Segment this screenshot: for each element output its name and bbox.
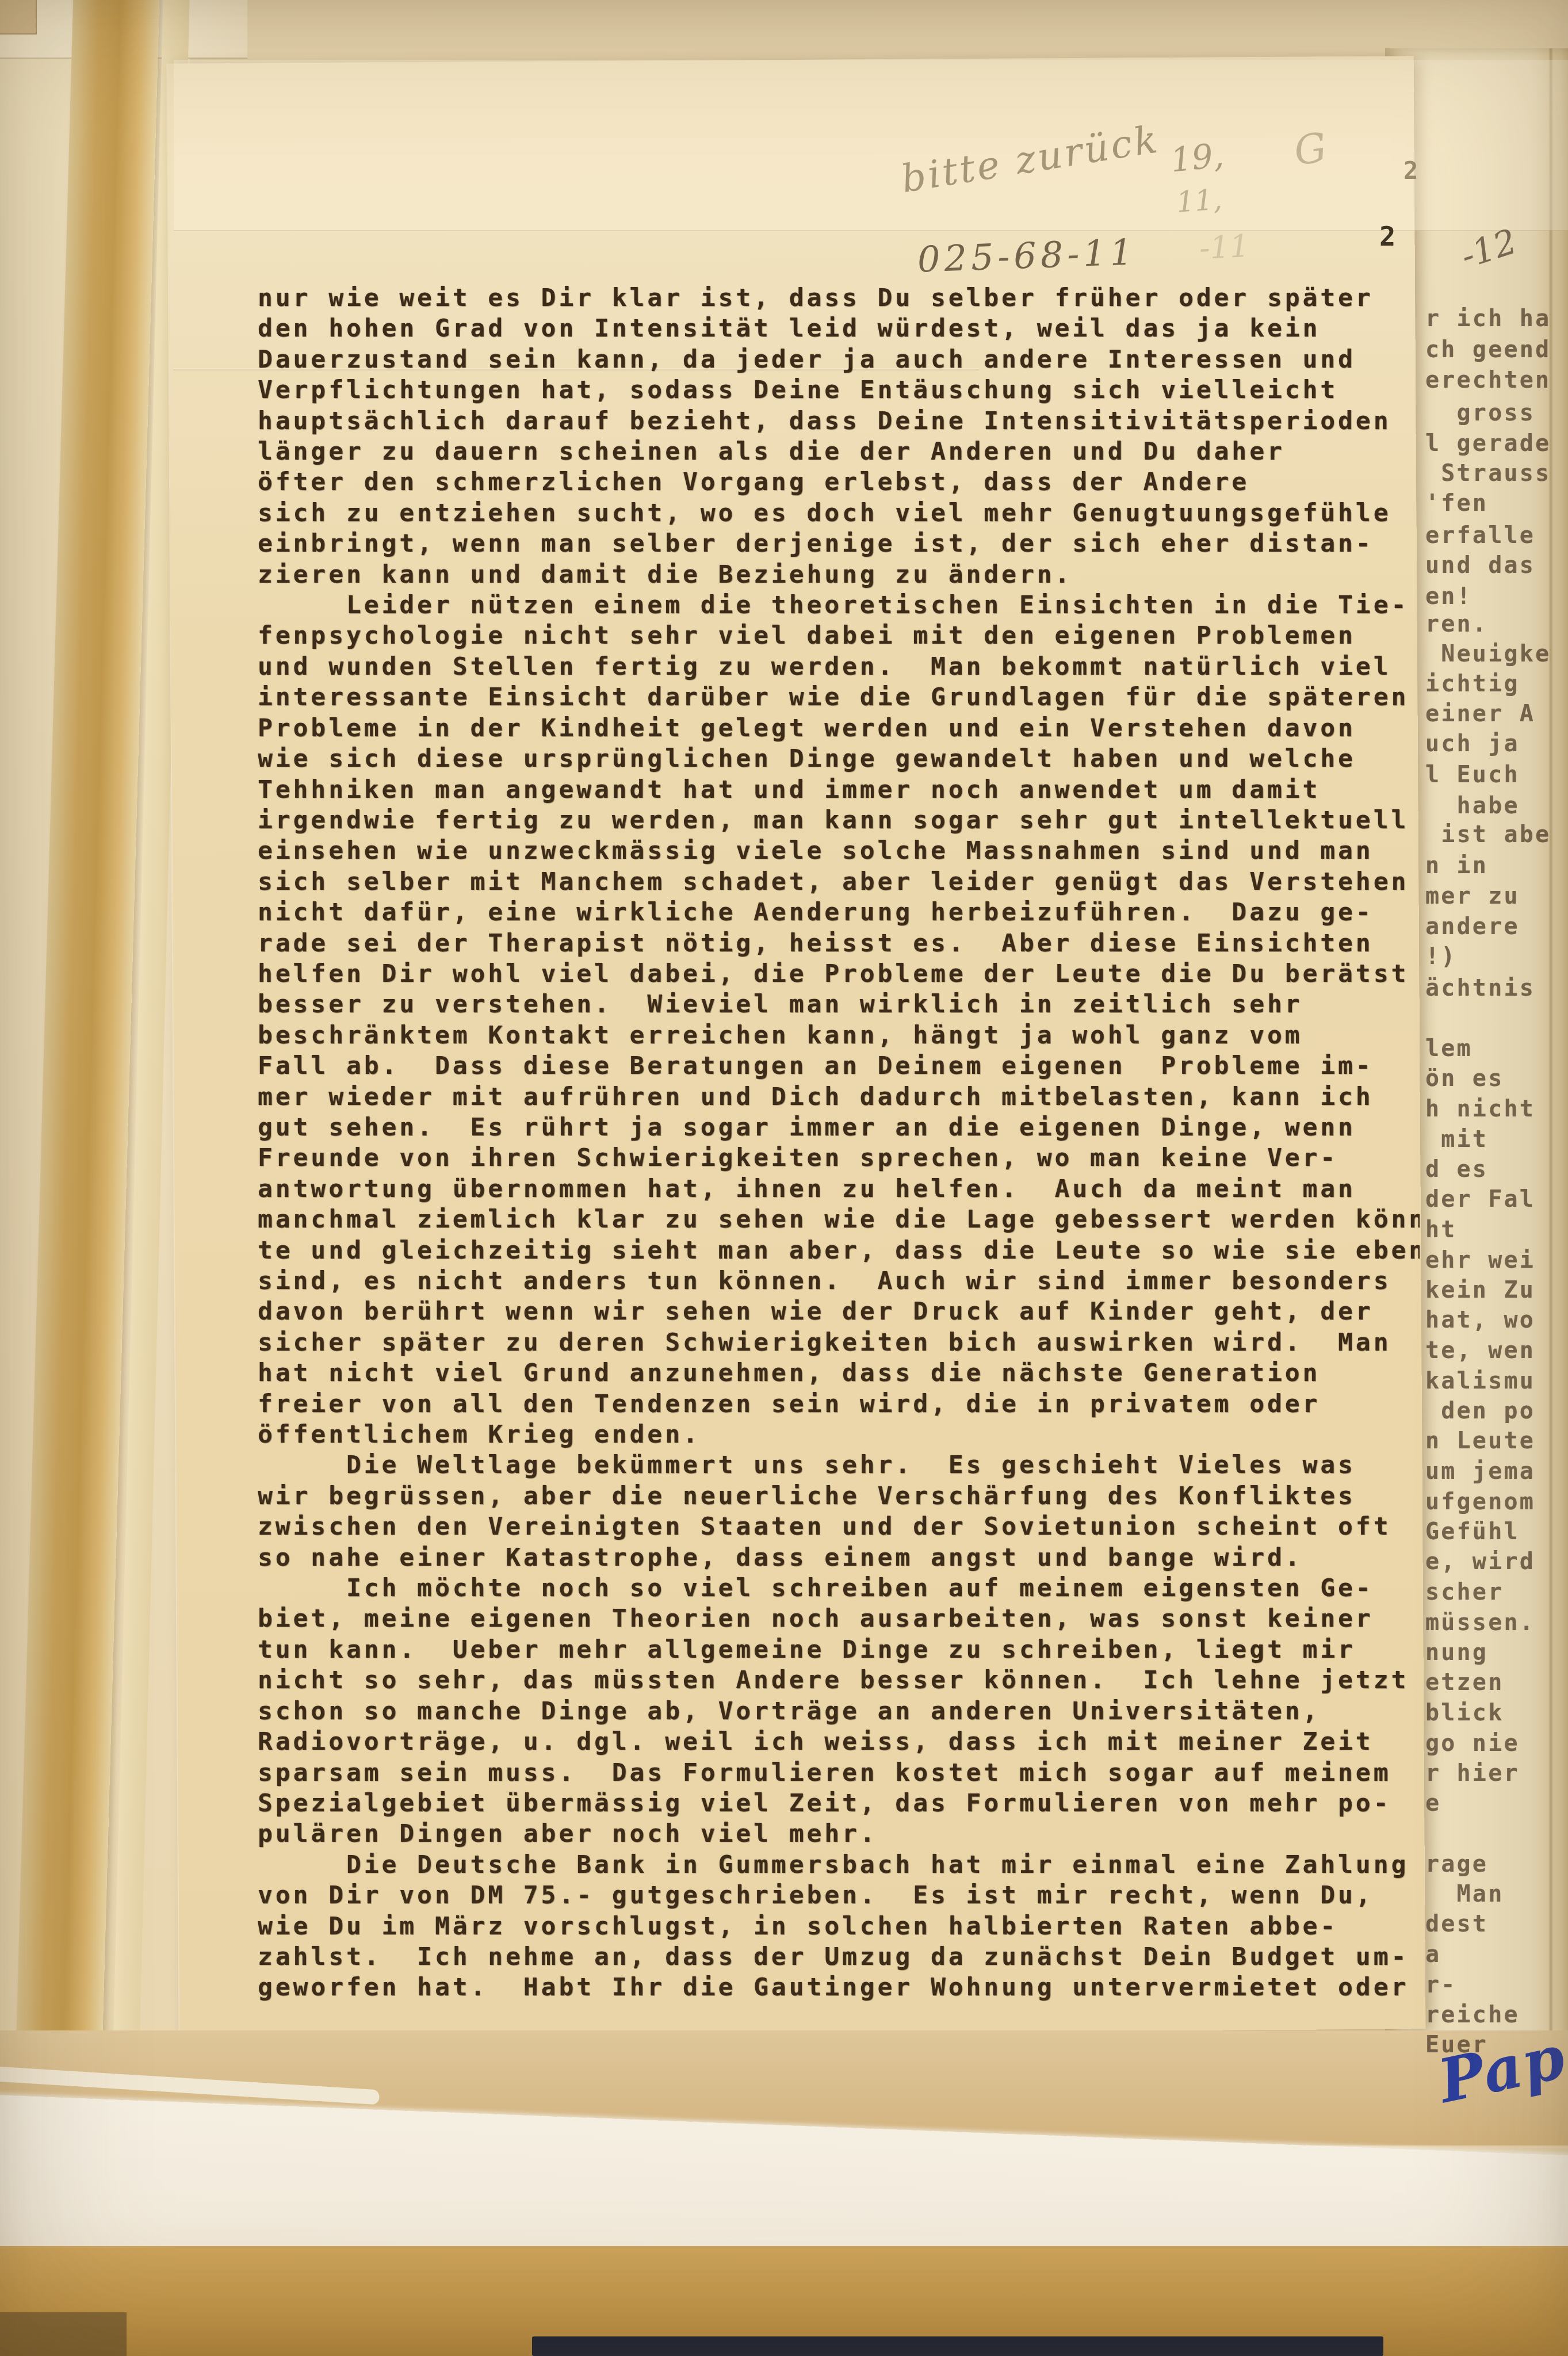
fragment-line: müssen. xyxy=(1425,1609,1535,1636)
typed-line: rade sei der Therapist nötig, heisst es.… xyxy=(258,928,1420,959)
typed-line: wir begrüssen, aber die neuerliche Versc… xyxy=(258,1481,1420,1512)
fragment-line: d es xyxy=(1425,1156,1488,1183)
typed-line: wie Du im März vorschlugst, in solchen h… xyxy=(258,1911,1420,1942)
page-number-light: 2 xyxy=(1403,156,1418,185)
fragment-line: 'fen xyxy=(1425,490,1488,517)
typed-line: beschränktem Kontakt erreichen kann, hän… xyxy=(258,1020,1420,1051)
typed-line: den hohen Grad von Intensität leid würde… xyxy=(258,313,1420,344)
typed-line: zahlst. Ich nehme an, dass der Umzug da … xyxy=(258,1942,1420,1972)
typed-line: schon so manche Dinge ab, Vorträge an an… xyxy=(258,1696,1420,1727)
fragment-line: scher xyxy=(1425,1579,1504,1605)
typed-line: einsehen wie unzweckmässig viele solche … xyxy=(258,836,1420,866)
fragment-line: hat, wo xyxy=(1425,1307,1535,1333)
fragment-line: e xyxy=(1425,1790,1441,1816)
typed-line: Fall ab. Dass diese Beratungen an Deinem… xyxy=(258,1051,1420,1081)
fragment-line: Man xyxy=(1425,1881,1504,1907)
fragment-line: ren. xyxy=(1425,611,1488,637)
typed-line: nur wie weit es Dir klar ist, dass Du se… xyxy=(258,283,1420,313)
fragment-line: etzen xyxy=(1425,1669,1504,1696)
pencil-scribble: G xyxy=(1291,123,1333,175)
typed-line: Radiovorträge, u. dgl. weil ich weiss, d… xyxy=(258,1727,1420,1757)
page-number-dark: 2 xyxy=(1379,221,1395,253)
typed-line: sich selber mit Manchem schadet, aber le… xyxy=(258,867,1420,897)
back-sheet-text: r ich hach geenderechten grossl gerade S… xyxy=(1425,0,1568,2105)
typed-line: länger zu dauern scheinen als die der An… xyxy=(258,437,1420,467)
typed-line: und wunden Stellen fertig zu werden. Man… xyxy=(258,652,1420,682)
fragment-line: r hier xyxy=(1425,1760,1520,1787)
fragment-line: h nicht xyxy=(1425,1096,1535,1122)
scan-light-band xyxy=(174,60,1568,231)
fragment-line: ufgenom xyxy=(1425,1489,1535,1515)
typed-line: gut sehen. Es rührt ja sogar immer an di… xyxy=(258,1112,1420,1143)
fragment-line: Gefühl xyxy=(1425,1519,1520,1545)
typed-line: Leider nützen einem die theoretischen Ei… xyxy=(258,590,1420,621)
photo-of-letter: r ich hach geenderechten grossl gerade S… xyxy=(0,0,1568,2356)
fragment-line: ächtnis xyxy=(1425,975,1535,1001)
fragment-line: go nie xyxy=(1425,1730,1520,1757)
typed-line: hat nicht viel Grund anzunehmen, dass di… xyxy=(258,1358,1420,1389)
typed-line: besser zu verstehen. Wieviel man wirklic… xyxy=(258,989,1420,1020)
typed-line: öffentlichem Krieg enden. xyxy=(258,1420,1420,1450)
typed-line: einbringt, wenn man selber derjenige ist… xyxy=(258,529,1420,559)
fragment-line: und das xyxy=(1425,552,1535,579)
typed-line: helfen Dir wohl viel dabei, die Probleme… xyxy=(258,959,1420,989)
typed-line: fenpsychologie nicht sehr viel dabei mit… xyxy=(258,621,1420,651)
fragment-line: r- xyxy=(1425,1972,1457,1998)
fragment-line: andere xyxy=(1425,913,1520,940)
typed-line: sind, es nicht anders tun können. Auch w… xyxy=(258,1266,1420,1296)
fragment-line: kalismu xyxy=(1425,1368,1535,1394)
pencil-note-number-2: 11, xyxy=(1175,182,1223,219)
typed-line: davon berührt wenn wir sehen wie der Dru… xyxy=(258,1296,1420,1327)
fragment-line: ch geend xyxy=(1425,336,1551,363)
typed-line: Die Weltlage bekümmert uns sehr. Es gesc… xyxy=(258,1450,1420,1481)
fragment-line: Strauss xyxy=(1425,460,1551,487)
typed-letter: nur wie weit es Dir klar ist, dass Du se… xyxy=(258,283,1420,2009)
typed-line: Verpflichtungen hat, sodass Deine Entäus… xyxy=(258,375,1420,406)
fragment-line: nung xyxy=(1425,1639,1488,1666)
fragment-line: ist abe xyxy=(1425,821,1551,848)
fragment-line: mit xyxy=(1425,1126,1488,1153)
typed-line: Tehhniken man angewandt hat und immer no… xyxy=(258,775,1420,805)
typed-line: nicht dafür, eine wirkliche Aenderung he… xyxy=(258,897,1420,928)
typed-line: irgendwie fertig zu werden, man kann sog… xyxy=(258,805,1420,836)
fragment-line: n Leute xyxy=(1425,1428,1535,1454)
pencil-note-number: 19, xyxy=(1169,135,1226,179)
typed-line: Die Deutsche Bank in Gummersbach hat mir… xyxy=(258,1850,1420,1880)
typed-line: sparsam sein muss. Das Formulieren koste… xyxy=(258,1758,1420,1788)
fragment-line: e, wird xyxy=(1425,1548,1535,1575)
typed-line: tun kann. Ueber mehr allgemeine Dinge zu… xyxy=(258,1635,1420,1665)
typed-line: zieren kann und damit die Beziehung zu ä… xyxy=(258,560,1420,590)
fragment-line: rage xyxy=(1425,1851,1488,1877)
typed-line: öfter den schmerzlichen Vorgang erlebst,… xyxy=(258,467,1420,498)
fragment-line: ehr wei xyxy=(1425,1247,1535,1273)
fragment-line: a xyxy=(1425,1941,1441,1968)
typed-line: interessante Einsicht darüber wie die Gr… xyxy=(258,682,1420,713)
fragment-line: r ich ha xyxy=(1425,305,1551,332)
typed-line: biet, meine eigenen Theorien noch ausarb… xyxy=(258,1604,1420,1634)
shadow-corner xyxy=(0,2312,127,2356)
fragment-line: kein Zu xyxy=(1425,1277,1535,1303)
typed-line: geworfen hat. Habt Ihr die Gautinger Woh… xyxy=(258,1972,1420,2003)
tape-fragment xyxy=(0,0,37,35)
fragment-line: ichtig xyxy=(1425,671,1520,697)
fragment-line: habe xyxy=(1425,793,1520,819)
typed-line: te und gleichzeitig sieht man aber, dass… xyxy=(258,1236,1420,1266)
fragment-line: dest xyxy=(1425,1911,1488,1937)
fragment-line: den po xyxy=(1425,1398,1535,1424)
fragment-line: um jema xyxy=(1425,1458,1535,1485)
typed-line: pulären Dingen aber noch viel mehr. xyxy=(258,1819,1420,1849)
typed-line: sicher später zu deren Schwierigkeiten b… xyxy=(258,1328,1420,1358)
typed-line: Ich möchte noch so viel schreiben auf me… xyxy=(258,1573,1420,1604)
fragment-line: der Fal xyxy=(1425,1186,1535,1213)
fragment-line: te, wen xyxy=(1425,1337,1535,1364)
typed-line: so nahe einer Katastrophe, dass einem an… xyxy=(258,1543,1420,1573)
typed-line: Freunde von ihren Schwierigkeiten sprech… xyxy=(258,1143,1420,1173)
typed-line: wie sich diese ursprünglichen Dinge gewa… xyxy=(258,744,1420,774)
fragment-line: ht xyxy=(1425,1217,1457,1243)
typed-line: Dauerzustand sein kann, da jeder ja auch… xyxy=(258,345,1420,375)
typed-line: von Dir von DM 75.- gutgeschrieben. Es i… xyxy=(258,1880,1420,1911)
fragment-line: l gerade xyxy=(1425,430,1551,457)
typed-line: hauptsächlich darauf bezieht, dass Deine… xyxy=(258,406,1420,437)
fragment-line: erfalle xyxy=(1425,522,1535,549)
typed-line: mer wieder mit aufrühren und Dich dadurc… xyxy=(258,1082,1420,1112)
fragment-line: mer zu xyxy=(1425,883,1520,909)
file-number-echo: -11 xyxy=(1198,228,1250,266)
typed-line: freier von all den Tendenzen sein wird, … xyxy=(258,1389,1420,1420)
typed-line: Probleme in der Kindheit gelegt werden u… xyxy=(258,713,1420,744)
navy-strip xyxy=(532,2336,1383,2356)
fragment-line: reiche xyxy=(1425,2002,1520,2028)
fragment-line: ön es xyxy=(1425,1065,1504,1092)
typed-line: Spezialgebiet übermässig viel Zeit, das … xyxy=(258,1788,1420,1819)
typed-line: manchmal ziemlich klar zu sehen wie die … xyxy=(258,1204,1420,1235)
typed-line: zwischen den Vereinigten Staaten und der… xyxy=(258,1512,1420,1542)
fragment-line: l Euch xyxy=(1425,762,1520,788)
fragment-line: einer A xyxy=(1425,701,1535,727)
fragment-line: n in xyxy=(1425,852,1488,879)
file-number-annotation: 025-68-11 xyxy=(917,231,1137,280)
fragment-line: !) xyxy=(1425,943,1457,970)
typed-line: antwortung übernommen hat, ihnen zu helf… xyxy=(258,1174,1420,1204)
fragment-line: blick xyxy=(1425,1700,1504,1726)
fragment-line: gross xyxy=(1425,400,1535,426)
fragment-line: lem xyxy=(1425,1035,1473,1062)
typed-line: sich zu entziehen sucht, wo es doch viel… xyxy=(258,498,1420,529)
fragment-line: erechten xyxy=(1425,367,1551,393)
fragment-line: Neuigke xyxy=(1425,641,1551,667)
typed-line: nicht so sehr, das müssten Andere besser… xyxy=(258,1665,1420,1696)
fragment-line: uch ja xyxy=(1425,730,1520,757)
fragment-line: en! xyxy=(1425,583,1473,610)
